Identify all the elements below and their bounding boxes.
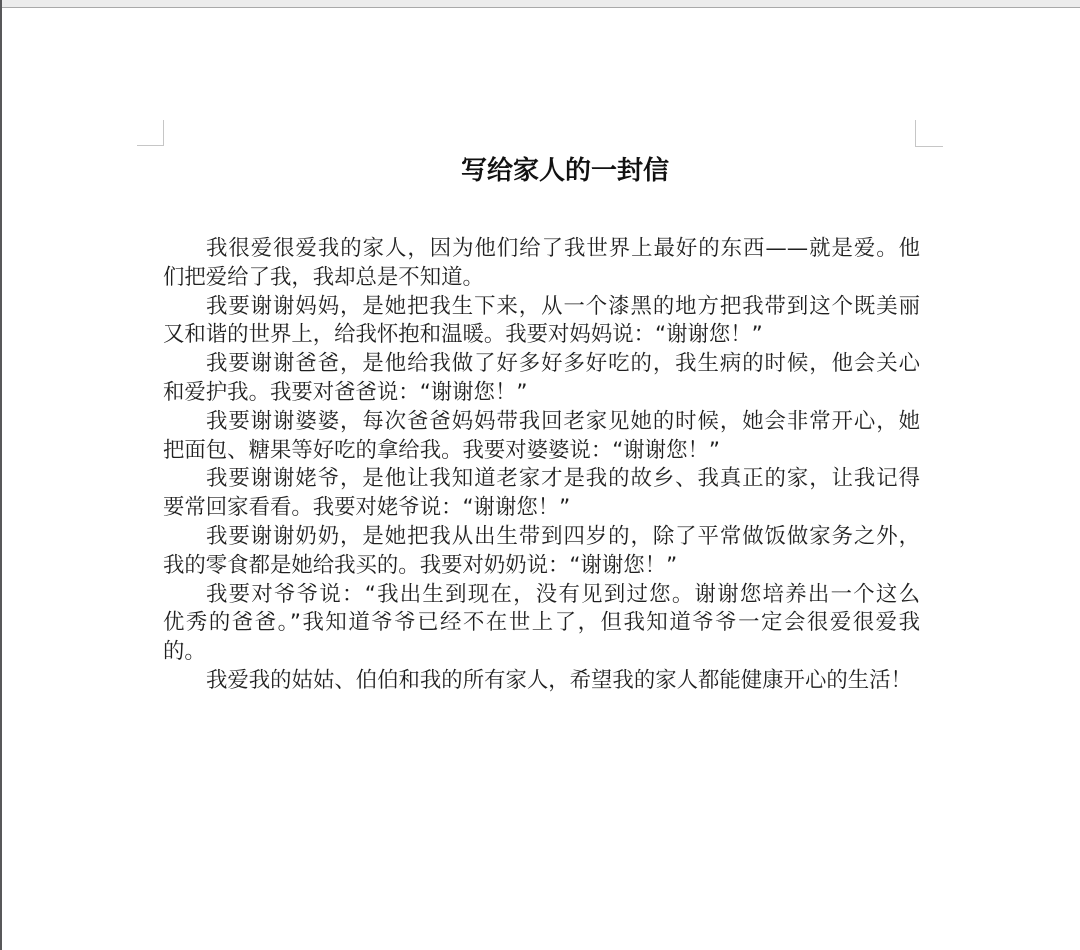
app-window: 写给家人的一封信 我很爱很爱我的家人，因为他们给了我世界上最好的东西——就是爱。…: [0, 0, 1080, 950]
text-line[interactable]: 我要对爷爷说：“我出生到现在，没有见到过您。谢谢您培养出一个这么: [163, 581, 920, 610]
text-line[interactable]: 我要谢谢爸爸，是他给我做了好多好多好吃的，我生病的时候，他会关心: [163, 350, 920, 379]
text-line[interactable]: 我很爱很爱我的家人，因为他们给了我世界上最好的东西——就是爱。他: [163, 235, 920, 264]
text-line[interactable]: 我要谢谢姥爷，是他让我知道老家才是我的故乡、我真正的家，让我记得: [163, 465, 920, 494]
text-line[interactable]: 我要谢谢奶奶，是她把我从出生带到四岁的，除了平常做饭做家务之外，: [163, 523, 920, 552]
cropmark-horizontal-line: [137, 145, 164, 146]
cropmark-horizontal-line: [915, 146, 943, 147]
toolbar-edge-strip: [0, 0, 1080, 8]
text-line[interactable]: 我的零食都是她给我买的。我要对奶奶说：“谢谢您！”: [163, 552, 920, 581]
cropmark-vertical-line: [915, 120, 916, 146]
text-line[interactable]: 的。: [163, 638, 920, 667]
text-line[interactable]: 和爱护我。我要对爸爸说：“谢谢您！”: [163, 379, 920, 408]
cropmark-vertical-line: [163, 120, 164, 145]
text-line[interactable]: 我要谢谢妈妈，是她把我生下来，从一个漆黑的地方把我带到这个既美丽: [163, 293, 920, 322]
text-line[interactable]: 优秀的爸爸。”我知道爷爷已经不在世上了，但我知道爷爷一定会很爱很爱我: [163, 609, 920, 638]
document-page[interactable]: 写给家人的一封信 我很爱很爱我的家人，因为他们给了我世界上最好的东西——就是爱。…: [2, 8, 1080, 950]
text-line[interactable]: 们把爱给了我，我却总是不知道。: [163, 264, 920, 293]
text-line[interactable]: 把面包、糖果等好吃的拿给我。我要对婆婆说：“谢谢您！”: [163, 437, 920, 466]
text-line[interactable]: 我爱我的姑姑、伯伯和我的所有家人，希望我的家人都能健康开心的生活！: [163, 667, 920, 696]
text-line[interactable]: 又和谐的世界上，给我怀抱和温暖。我要对妈妈说：“谢谢您！”: [163, 321, 920, 350]
window-left-border: [0, 0, 2, 950]
text-line[interactable]: 要常回家看看。我要对姥爷说：“谢谢您！”: [163, 494, 920, 523]
document-body[interactable]: 我很爱很爱我的家人，因为他们给了我世界上最好的东西——就是爱。他们把爱给了我，我…: [163, 235, 920, 696]
text-line[interactable]: 我要谢谢婆婆，每次爸爸妈妈带我回老家见她的时候，她会非常开心，她: [163, 408, 920, 437]
document-title[interactable]: 写给家人的一封信: [163, 156, 915, 186]
